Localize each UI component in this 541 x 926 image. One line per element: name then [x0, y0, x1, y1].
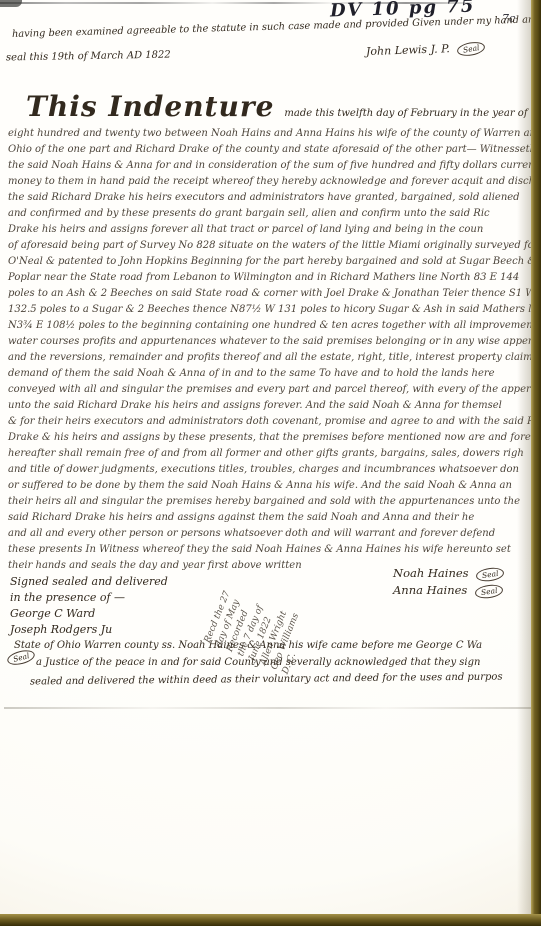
deed-body-line: unto the said Richard Drake his heirs an… — [8, 398, 534, 414]
deed-body-line: their heirs all and singular the premise… — [8, 494, 534, 510]
deed-opening-line: This Indenturemade this twelfth day of F… — [26, 90, 541, 123]
deed-body-line: and confirmed and by these presents do g… — [8, 206, 534, 222]
deed-body-line: the said Noah Hains & Anna for and in co… — [8, 158, 534, 174]
signature-block: Noah Haines Seal Anna Haines Seal — [393, 565, 505, 599]
deed-opening-continuation: made this twelfth day of February in the… — [284, 108, 541, 119]
deed-body-text: eight hundred and twenty two between Noa… — [8, 126, 534, 574]
witness-block: Signed sealed and deliveredin the presen… — [10, 574, 168, 638]
deed-body-line: O'Neal & patented to John Hopkins Beginn… — [8, 254, 534, 270]
deed-body-line: Poplar near the State road from Lebanon … — [8, 270, 534, 286]
witness-line: Signed sealed and delivered — [10, 574, 168, 590]
signature-seal: Seal — [475, 566, 505, 583]
deed-body-line: Drake his heirs and assigns forever all … — [8, 222, 534, 238]
signer-name: Anna Haines — [393, 583, 467, 597]
justice-signature: John Lewis J. P. Seal — [366, 41, 486, 59]
signature-row: Noah Haines Seal — [393, 565, 505, 582]
deed-body-line: hereafter shall remain free of and from … — [8, 446, 534, 462]
deed-body-line: Drake & his heirs and assigns by these p… — [8, 430, 534, 446]
signature-seal: Seal — [474, 583, 504, 600]
scan-corner-blot — [0, 0, 22, 7]
prior-record-line: having been examined agreeable to the st… — [12, 14, 541, 40]
deed-body-line: 132.5 poles to a Sugar & 2 Beeches thenc… — [8, 302, 534, 318]
deed-body-line: Ohio of the one part and Richard Drake o… — [8, 142, 534, 158]
deed-body-line: poles to an Ash & 2 Beeches on said Stat… — [8, 286, 534, 302]
deed-body-line: water courses profits and appurtenances … — [8, 334, 534, 350]
signer-name: Noah Haines — [393, 566, 469, 580]
deed-body-line: the said Richard Drake his heirs executo… — [8, 190, 534, 206]
deed-body-line: money to them in hand paid the receipt w… — [8, 174, 534, 190]
deed-scan-page: DV 10 pg 75 7c having been examined agre… — [0, 0, 541, 926]
justice-signature-name: John Lewis J. P. — [366, 42, 450, 58]
witness-line: George C Ward — [10, 606, 168, 622]
deed-body-line: demand of them the said Noah & Anna of i… — [8, 366, 534, 382]
acknowledgment-line: State of Ohio Warren county ss. Noah Hai… — [14, 640, 482, 651]
acknowledgment-line: a Justice of the peace in and for said C… — [36, 657, 480, 668]
witness-line: Joseph Rodgers Ju — [10, 622, 168, 638]
deed-body-line: of aforesaid being part of Survey No 828… — [8, 238, 534, 254]
deed-body-line: eight hundred and twenty two between Noa… — [8, 126, 534, 142]
margin-seal: Seal — [6, 648, 37, 667]
deed-body-line: or suffered to be done by them the said … — [8, 478, 534, 494]
signature-row: Anna Haines Seal — [393, 582, 505, 599]
scan-border-bottom — [0, 914, 541, 926]
record-divider-line — [4, 707, 534, 709]
deed-title: This Indenture — [26, 90, 274, 123]
witness-line: in the presence of — — [10, 590, 168, 606]
deed-body-line: said Richard Drake his heirs and assigns… — [8, 510, 534, 526]
deed-body-line: and title of dower judgments, executions… — [8, 462, 534, 478]
acknowledgment-line: sealed and delivered the within deed as … — [30, 672, 503, 688]
deed-body-line: conveyed with all and singular the premi… — [8, 382, 534, 398]
scan-border-right — [531, 0, 541, 926]
justice-seal: Seal — [456, 40, 486, 58]
page-edge-shadow — [517, 0, 531, 914]
deed-body-line: and the reversions, remainder and profit… — [8, 350, 534, 366]
prior-record-date-line: seal this 19th of March AD 1822 — [6, 50, 171, 64]
deed-body-line: & for their heirs executors and administ… — [8, 414, 534, 430]
deed-body-line: N3¾ E 108½ poles to the beginning contai… — [8, 318, 534, 334]
